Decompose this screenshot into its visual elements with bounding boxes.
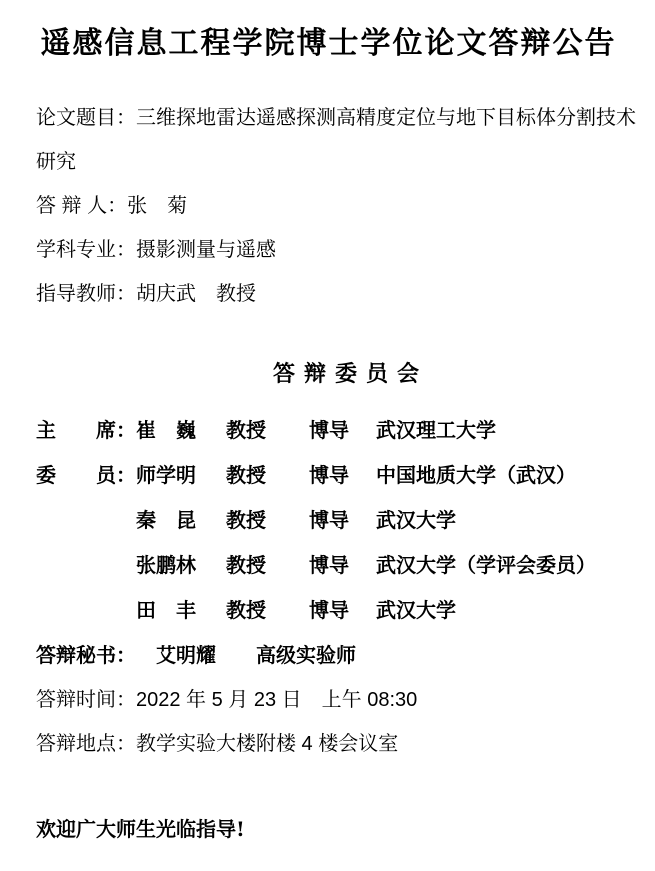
- thesis-title-label: 论文题目：: [36, 107, 136, 129]
- committee-role: 主 席：: [36, 408, 136, 453]
- committee-member-name: 崔 巍: [136, 408, 226, 453]
- committee-member-title: 教授: [226, 498, 309, 543]
- defender-name: 张 菊: [127, 195, 187, 217]
- committee-table: 主 席： 崔 巍 教授 博导 武汉理工大学 委 员： 师学明 教授 博导 中国地…: [36, 408, 621, 678]
- committee-role: [36, 498, 136, 543]
- committee-row-member: 委 员： 师学明 教授 博导 中国地质大学（武汉）: [36, 453, 621, 498]
- thesis-title-line-2: 研究: [36, 140, 621, 184]
- committee-member-affiliation: 武汉大学（学评会委员）: [376, 543, 621, 588]
- thesis-title-text-continued: 研究: [36, 151, 76, 173]
- thesis-title-text: 三维探地雷达遥感探测高精度定位与地下目标体分割技术: [136, 107, 636, 129]
- secretary-label: 答辩秘书：: [36, 643, 136, 667]
- major-label: 学科专业：: [36, 239, 136, 261]
- defender-line: 答 辩 人：张 菊: [36, 184, 621, 228]
- committee-member-affiliation: 中国地质大学（武汉）: [376, 453, 621, 498]
- schedule-block: 答辩时间：2022 年 5 月 23 日 上午 08:30 答辩地点：教学实验大…: [36, 678, 621, 766]
- defense-time-line: 答辩时间：2022 年 5 月 23 日 上午 08:30: [36, 678, 621, 722]
- thesis-info-block: 论文题目：三维探地雷达遥感探测高精度定位与地下目标体分割技术 研究 答 辩 人：…: [36, 96, 621, 316]
- defense-venue-value: 教学实验大楼附楼 4 楼会议室: [136, 733, 398, 755]
- welcome-footer: 欢迎广大师生光临指导!: [36, 807, 621, 851]
- defense-venue-line: 答辩地点：教学实验大楼附楼 4 楼会议室: [36, 722, 621, 766]
- committee-row-chair: 主 席： 崔 巍 教授 博导 武汉理工大学: [36, 408, 621, 453]
- committee-member-title: 教授: [226, 588, 309, 633]
- committee-role: 委 员：: [36, 453, 136, 498]
- page-title: 遥感信息工程学院博士学位论文答辩公告: [36, 22, 621, 66]
- committee-member-supervisor: 博导: [309, 498, 376, 543]
- committee-member-supervisor: 博导: [309, 543, 376, 588]
- committee-row-member: 张鹏林 教授 博导 武汉大学（学评会委员）: [36, 543, 621, 588]
- major-value: 摄影测量与遥感: [136, 239, 276, 261]
- committee-member-affiliation: 武汉大学: [376, 588, 621, 633]
- committee-member-supervisor: 博导: [309, 453, 376, 498]
- committee-member-supervisor: 博导: [309, 588, 376, 633]
- defense-time-value: 2022 年 5 月 23 日 上午 08:30: [136, 689, 417, 711]
- committee-member-name: 张鹏林: [136, 543, 226, 588]
- advisor-value: 胡庆武 教授: [136, 283, 256, 305]
- secretary-name: 艾明耀: [156, 643, 216, 667]
- secretary-line: 答辩秘书：艾明耀高级实验师: [36, 633, 621, 678]
- committee-member-affiliation: 武汉大学: [376, 498, 621, 543]
- committee-member-name: 田 丰: [136, 588, 226, 633]
- advisor-label: 指导教师：: [36, 283, 136, 305]
- defense-announcement-page: 遥感信息工程学院博士学位论文答辩公告 论文题目：三维探地雷达遥感探测高精度定位与…: [0, 0, 655, 871]
- defense-venue-label: 答辩地点：: [36, 733, 136, 755]
- secretary-title: 高级实验师: [256, 643, 356, 667]
- committee-heading: 答辩委员会: [58, 352, 643, 396]
- advisor-line: 指导教师：胡庆武 教授: [36, 272, 621, 316]
- major-line: 学科专业：摄影测量与遥感: [36, 228, 621, 272]
- committee-member-supervisor: 博导: [309, 408, 376, 453]
- committee-member-name: 秦 昆: [136, 498, 226, 543]
- committee-row-member: 秦 昆 教授 博导 武汉大学: [36, 498, 621, 543]
- defender-label: 答 辩 人：: [36, 195, 127, 217]
- committee-role: [36, 588, 136, 633]
- defense-time-label: 答辩时间：: [36, 689, 136, 711]
- thesis-title-line-1: 论文题目：三维探地雷达遥感探测高精度定位与地下目标体分割技术: [36, 96, 621, 140]
- committee-row-member: 田 丰 教授 博导 武汉大学: [36, 588, 621, 633]
- committee-member-title: 教授: [226, 543, 309, 588]
- committee-member-title: 教授: [226, 408, 309, 453]
- committee-member-name: 师学明: [136, 453, 226, 498]
- committee-member-title: 教授: [226, 453, 309, 498]
- committee-role: [36, 543, 136, 588]
- committee-member-affiliation: 武汉理工大学: [376, 408, 621, 453]
